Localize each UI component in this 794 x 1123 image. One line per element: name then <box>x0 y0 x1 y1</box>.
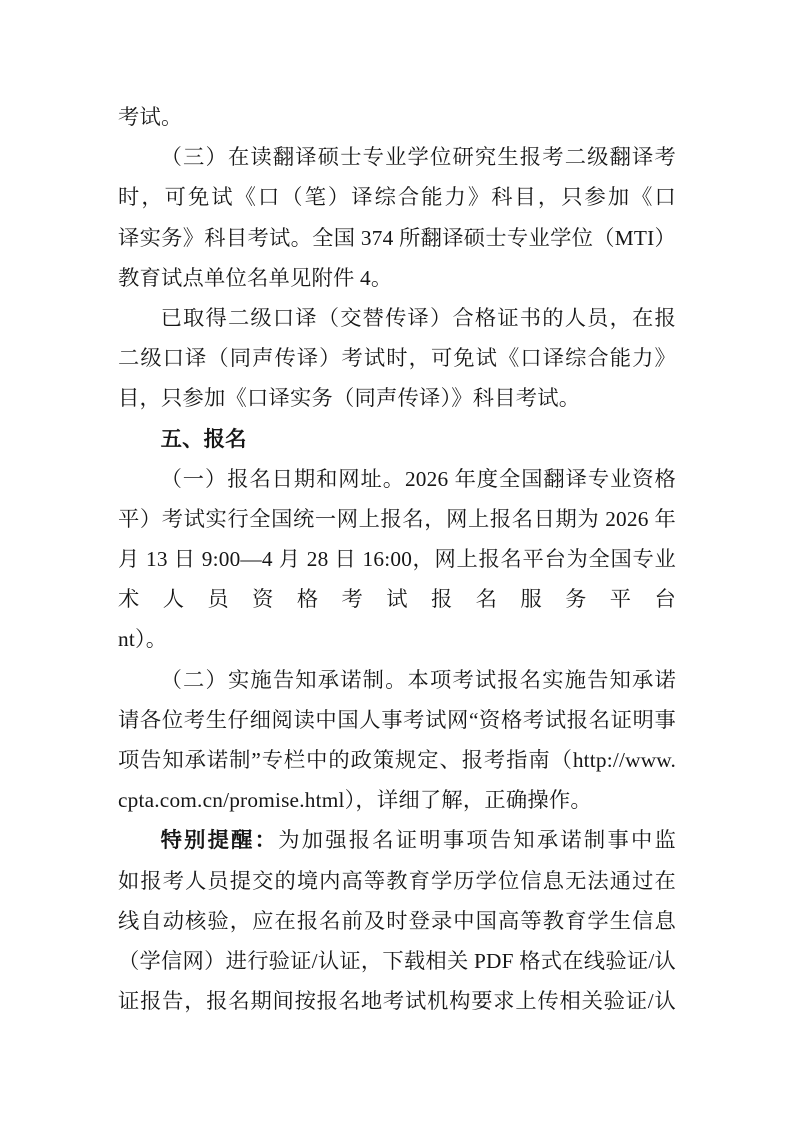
section-heading-9: 五、报名 <box>118 419 676 459</box>
text-run: （三）在读翻译硕士专业学位研究生报考二级翻译考试 <box>118 145 676 177</box>
text-run: 二级口译（同声传译）考试时，可免试《口译综合能力》科 <box>118 346 676 378</box>
text-run: 已取得二级口译（交替传译）合格证书的人员，在报考 <box>118 306 676 338</box>
text-line-10: （一）报名日期和网址。2026 年度全国翻译专业资格（水 <box>118 459 676 499</box>
text-line-21: 线自动核验，应在报名前及时登录中国高等教育学生信息网 <box>118 901 676 941</box>
text-run: 目，只参加《口译实务（同声传译）》科目考试。 <box>118 386 580 410</box>
text-line-23: 证报告，报名期间按报名地考试机构要求上传相关验证/认证 <box>118 981 676 1021</box>
text-line-14: nt）。 <box>118 619 676 659</box>
text-line-20: 如报考人员提交的境内高等教育学历学位信息无法通过在 <box>118 861 676 901</box>
text-line-11: 平）考试实行全国统一网上报名，网上报名日期为 2026 年 4 <box>118 499 676 539</box>
text-run: （一）报名日期和网址。2026 年度全国翻译专业资格（水 <box>118 467 676 499</box>
text-run: 月 13 日 9:00—4 月 28 日 16:00，网上报名平台为全国专业技 <box>118 547 676 579</box>
document-page: 考试。（三）在读翻译硕士专业学位研究生报考二级翻译考试时，可免试《口（笔）译综合… <box>0 0 794 1123</box>
text-line-16: 请各位考生仔细阅读中国人事考试网“资格考试报名证明事 <box>118 700 676 740</box>
text-line-13: 术人员资格考试报名服务平台（http://zg.cpta.com.cn/exam… <box>118 579 676 619</box>
text-line-18: cpta.com.cn/promise.html），详细了解，正确操作。 <box>118 780 676 820</box>
text-run: 证报告，报名期间按报名地考试机构要求上传相关验证/认证 <box>118 989 676 1021</box>
text-line-7: 二级口译（同声传译）考试时，可免试《口译综合能力》科 <box>118 338 676 378</box>
text-line-8: 目，只参加《口译实务（同声传译）》科目考试。 <box>118 378 676 418</box>
text-line-15: （二）实施告知承诺制。本项考试报名实施告知承诺制， <box>118 660 676 700</box>
text-run: 线自动核验，应在报名前及时登录中国高等教育学生信息网 <box>118 909 676 941</box>
text-line-5: 教育试点单位名单见附件 4。 <box>118 258 676 298</box>
text-line-6: 已取得二级口译（交替传译）合格证书的人员，在报考 <box>118 298 676 338</box>
text-run: 项告知承诺制”专栏中的政策规定、报考指南（http://www. <box>118 748 676 772</box>
text-run: （二）实施告知承诺制。本项考试报名实施告知承诺制， <box>118 668 676 700</box>
text-line-19: 特别提醒：为加强报名证明事项告知承诺制事中监管， <box>118 820 676 860</box>
text-run: 如报考人员提交的境内高等教育学历学位信息无法通过在 <box>118 869 676 893</box>
text-run: cpta.com.cn/promise.html），详细了解，正确操作。 <box>118 788 592 812</box>
text-line-12: 月 13 日 9:00—4 月 28 日 16:00，网上报名平台为全国专业技 <box>118 539 676 579</box>
text-run: 请各位考生仔细阅读中国人事考试网“资格考试报名证明事 <box>118 708 676 732</box>
text-run: 教育试点单位名单见附件 4。 <box>118 266 392 290</box>
bold-text-run: 五、报名 <box>161 427 247 451</box>
text-run: 平）考试实行全国统一网上报名，网上报名日期为 2026 年 4 <box>118 507 676 539</box>
text-line-22: （学信网）进行验证/认证，下载相关 PDF 格式在线验证/认 <box>118 941 676 981</box>
text-run: 考试。 <box>118 105 183 129</box>
text-run: 术人员资格考试报名服务平台（http://zg.cpta.com.cn/exam… <box>118 587 676 619</box>
bold-text-run: 特别提醒： <box>161 828 279 852</box>
text-line-17: 项告知承诺制”专栏中的政策规定、报考指南（http://www. <box>118 740 676 780</box>
text-line-3: 时，可免试《口（笔）译综合能力》科目，只参加《口（笔） <box>118 177 676 217</box>
text-line-2: （三）在读翻译硕士专业学位研究生报考二级翻译考试 <box>118 137 676 177</box>
text-line-1: 考试。 <box>118 97 676 137</box>
text-run: （学信网）进行验证/认证，下载相关 PDF 格式在线验证/认 <box>118 949 676 973</box>
text-line-4: 译实务》科目考试。全国 374 所翻译硕士专业学位（MTI） <box>118 218 676 258</box>
document-body: 考试。（三）在读翻译硕士专业学位研究生报考二级翻译考试时，可免试《口（笔）译综合… <box>118 97 676 1021</box>
text-run: nt）。 <box>118 627 167 651</box>
text-run: 时，可免试《口（笔）译综合能力》科目，只参加《口（笔） <box>118 185 676 217</box>
text-run: 译实务》科目考试。全国 374 所翻译硕士专业学位（MTI） <box>118 226 676 250</box>
